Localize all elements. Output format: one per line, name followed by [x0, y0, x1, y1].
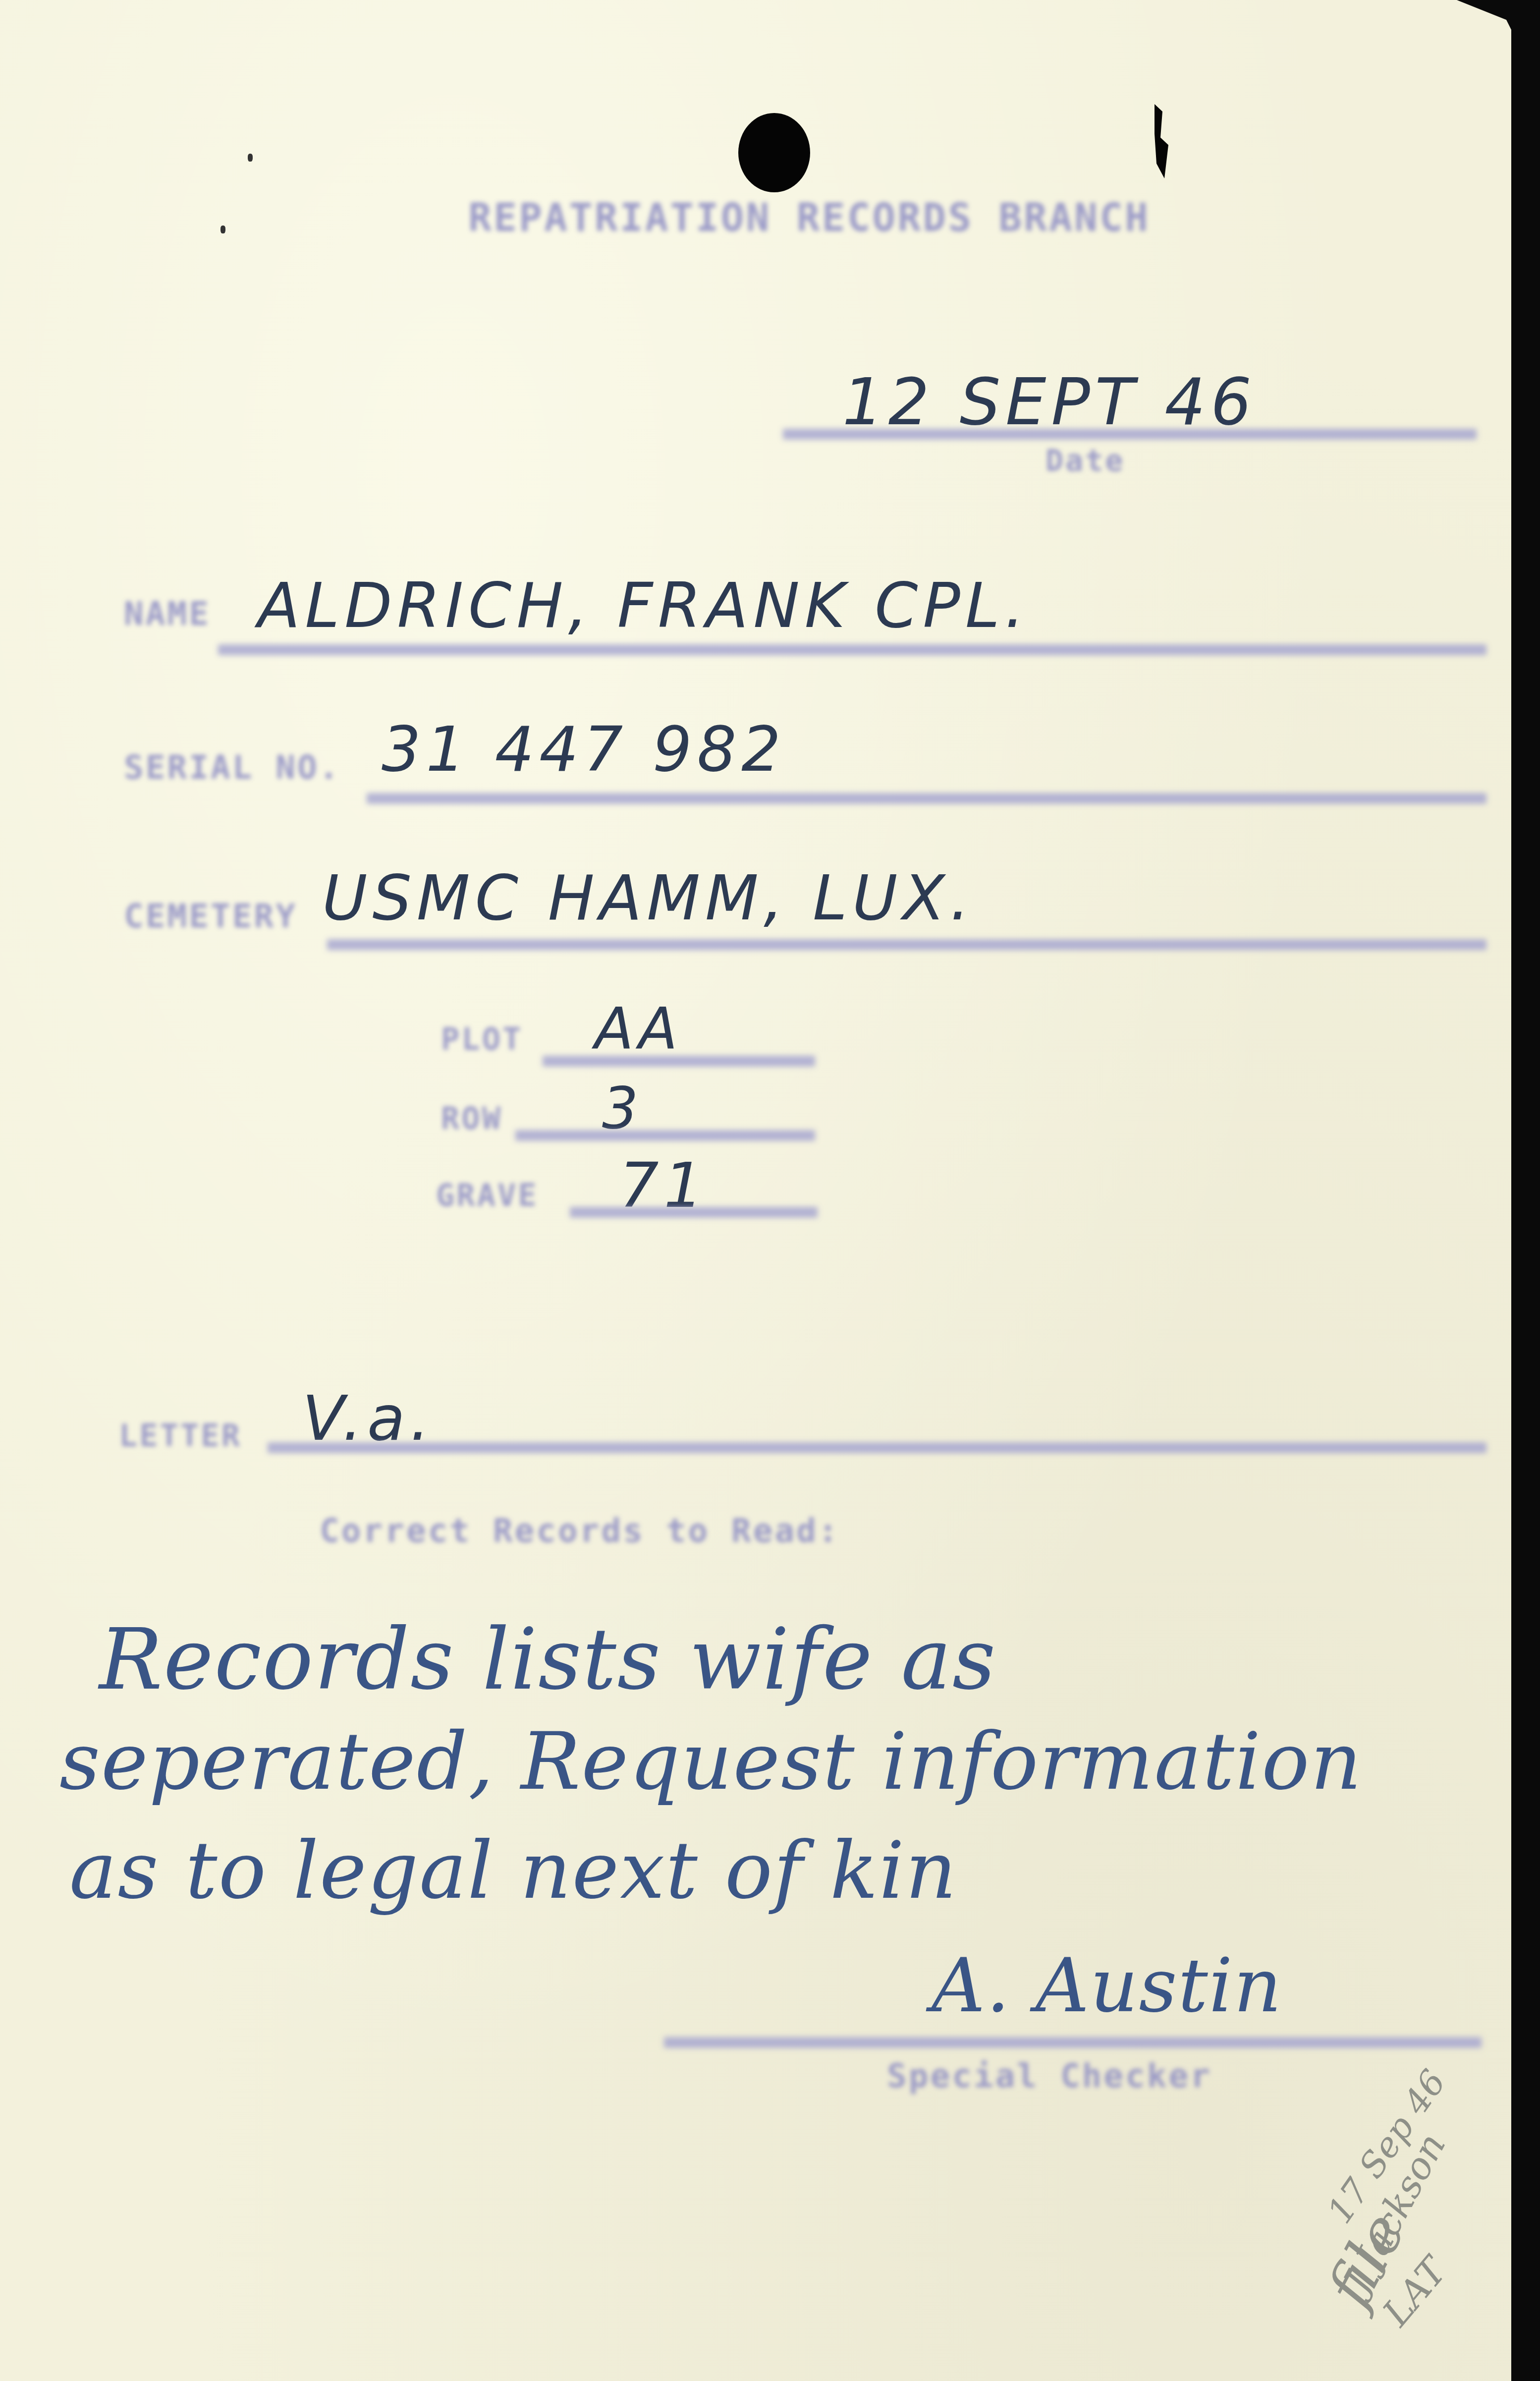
paper-tear — [1149, 104, 1168, 178]
letter-label: LETTER — [119, 1417, 242, 1454]
cemetery-value: USMC HAMM, LUX. — [322, 862, 975, 934]
ink-speck — [220, 226, 225, 233]
signature-label: Special Checker — [887, 2057, 1212, 2095]
date-rule — [783, 429, 1477, 440]
cemetery-label: CEMETERY — [124, 897, 297, 935]
correction-line-2: seperated, Request information — [59, 1715, 1363, 1808]
name-label: NAME — [124, 595, 211, 633]
grave-label: GRAVE — [436, 1177, 539, 1213]
row-label: ROW — [441, 1100, 502, 1136]
name-rule — [218, 644, 1486, 655]
plot-label: PLOT — [441, 1021, 523, 1057]
scan-edge — [1511, 0, 1540, 2381]
signature-value: A. Austin — [932, 1943, 1282, 2029]
serial-value: 31 447 982 — [382, 714, 786, 786]
correction-label: Correct Records to Read: — [320, 1512, 840, 1550]
signature-rule — [664, 2037, 1482, 2048]
ink-speck — [248, 154, 253, 162]
records-card: REPATRIATION RECORDS BRANCH 12 SEPT 46 D… — [0, 0, 1511, 2381]
correction-line-3: as to legal next of kin — [69, 1824, 957, 1917]
row-rule — [515, 1130, 815, 1141]
name-value: ALDRICH, FRANK CPL. — [258, 570, 1029, 642]
plot-rule — [543, 1056, 815, 1067]
correction-line-1: Records lists wife as — [99, 1611, 996, 1709]
serial-rule — [367, 793, 1486, 804]
grave-rule — [570, 1207, 818, 1218]
punch-hole — [738, 113, 810, 192]
plot-value: AA — [595, 996, 682, 1063]
form-header: REPATRIATION RECORDS BRANCH — [468, 196, 1150, 240]
date-label: Date — [1045, 444, 1125, 478]
letter-rule — [268, 1442, 1486, 1453]
serial-label: SERIAL NO. — [124, 748, 340, 787]
pencil-annotation: file — [1224, 2014, 1329, 2129]
cemetery-rule — [327, 939, 1486, 950]
